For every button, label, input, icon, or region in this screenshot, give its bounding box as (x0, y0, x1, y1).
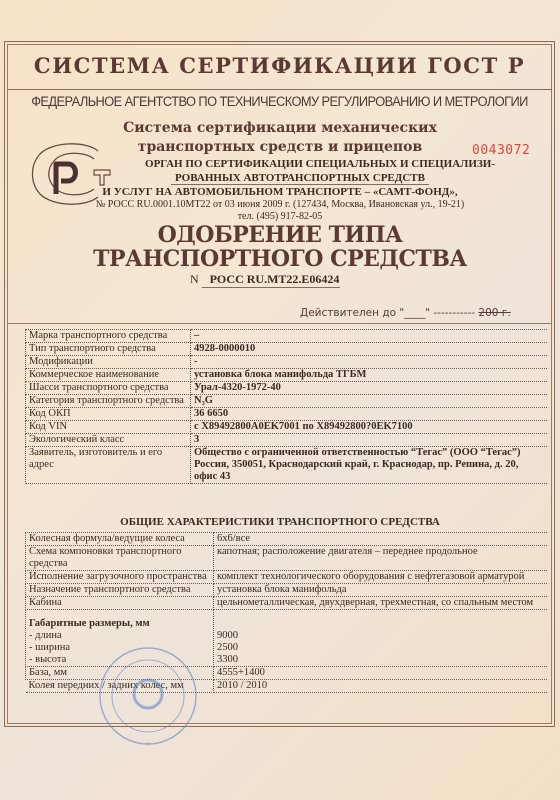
table-row: Заявитель, изготовитель и его адресОбщес… (26, 447, 548, 484)
vehicle-info-table: Марка транспортного средства–Тип транспо… (25, 329, 547, 484)
dimensions-title: Габаритные размеры, мм (29, 610, 210, 630)
table-row: Коммерческое наименованиеустановка блока… (26, 369, 548, 382)
dimension-value: 2500 (217, 642, 544, 654)
row-label: Колесная формула/ведущие колеса (26, 533, 214, 546)
row-value: комплект технологического оборудования с… (214, 571, 548, 584)
table-row: Исполнение загрузочного пространствакомп… (26, 571, 548, 584)
row-value: Урал-4320-1972-40 (191, 382, 548, 395)
table-row: Назначение транспортного средстваустанов… (26, 584, 548, 597)
table-row: Код VINс X89492800A0EK7001 по X89492800?… (26, 421, 548, 434)
document-title-line-1: ОДОБРЕНИЕ ТИПА (0, 222, 560, 248)
row-value: капотная; расположение двигателя – перед… (214, 546, 548, 571)
table-row: Тип транспортного средства4928-0000010 (26, 343, 548, 356)
table-row: Код ОКП36 6650 (26, 408, 548, 421)
registration-line: № РОСС RU.0001.10МТ22 от 03 июня 2009 г.… (0, 199, 560, 210)
row-value: 36 6650 (191, 408, 548, 421)
row-label: Коммерческое наименование (26, 369, 191, 382)
organ-line-1: ОРГАН ПО СЕРТИФИКАЦИИ СПЕЦИАЛЬНЫХ И СПЕЦ… (0, 158, 560, 170)
number-prefix: N (190, 272, 199, 286)
row-label: Назначение транспортного средства (26, 584, 214, 597)
row-label: Модификации (26, 356, 191, 369)
divider (7, 323, 552, 324)
table-row: Экологический класс3 (26, 434, 548, 447)
row-label: Исполнение загрузочного пространства (26, 571, 214, 584)
document-title-line-2: ТРАНСПОРТНОГО СРЕДСТВА (0, 246, 560, 272)
row-label: Тип транспортного средства (26, 343, 191, 356)
row-label: Заявитель, изготовитель и его адрес (26, 447, 191, 484)
table-row: Марка транспортного средства– (26, 330, 548, 343)
row-value: Общество с ограниченной ответственностью… (191, 447, 548, 484)
row-label: Шасси транспортного средства (26, 382, 191, 395)
serial-number: 0043072 (472, 143, 530, 158)
organ-line-2: РОВАННЫХ АВТОТРАНСПОРТНЫХ СРЕДСТВ (0, 172, 560, 184)
organ-line-3: И УСЛУГ НА АВТОМОБИЛЬНОМ ТРАНСПОРТЕ – «С… (0, 186, 560, 198)
table-row: Колесная формула/ведущие колеса6x6/все (26, 533, 548, 546)
row-value: N₃G (191, 395, 548, 408)
row-label: Марка транспортного средства (26, 330, 191, 343)
table-row: Шасси транспортного средстваУрал-4320-19… (26, 382, 548, 395)
row-value: установка блока манифольда ТГБМ (191, 369, 548, 382)
row-label: Кабина (26, 597, 214, 610)
row-value: с X89492800A0EK7001 по X89492800?0EK7100 (191, 421, 548, 434)
row-value: цельнометаллическая, двухдверная, трехме… (214, 597, 548, 610)
characteristics-title: ОБЩИЕ ХАРАКТЕРИСТИКИ ТРАНСПОРТНОГО СРЕДС… (0, 516, 560, 528)
row-label: Категория транспортного средства (26, 395, 191, 408)
row-value: установка блока манифольда (214, 584, 548, 597)
system-title: СИСТЕМА СЕРТИФИКАЦИИ ГОСТ Р (34, 53, 525, 78)
valid-until: Действителен до "____" ----------- 200 г… (300, 307, 511, 319)
row-value: – (191, 330, 548, 343)
number-value: РОСС RU.МТ22.Е06424 (202, 272, 340, 288)
row-value: 900025003300 (214, 610, 548, 667)
table-row: Схема компоновки транспортного средствак… (26, 546, 548, 571)
row-label: Схема компоновки транспортного средства (26, 546, 214, 571)
subsystem-line-1: Система сертификации механических (0, 120, 560, 136)
row-value: 4928-0000010 (191, 343, 548, 356)
row-label: Экологический класс (26, 434, 191, 447)
row-label: Код VIN (26, 421, 191, 434)
agency-name: ФЕДЕРАЛЬНОЕ АГЕНТСТВО ПО ТЕХНИЧЕСКОМУ РЕ… (21, 94, 539, 109)
system-title-band: СИСТЕМА СЕРТИФИКАЦИИ ГОСТ Р (7, 44, 552, 90)
phone-line: тел. (495) 917-82-05 (0, 211, 560, 222)
certificate-number: N РОСС RU.МТ22.Е06424 (190, 272, 340, 288)
dimension-value: 3300 (217, 654, 544, 666)
table-row: Категория транспортного средстваN₃G (26, 395, 548, 408)
row-value: 4555+1400 (214, 667, 548, 680)
table-row: Кабинацельнометаллическая, двухдверная, … (26, 597, 548, 610)
row-value: 6x6/все (214, 533, 548, 546)
row-value: 3 (191, 434, 548, 447)
row-value: - (191, 356, 548, 369)
table-row: Модификации- (26, 356, 548, 369)
dimension-value: 9000 (217, 630, 544, 642)
row-label: Код ОКП (26, 408, 191, 421)
row-value: 2010 / 2010 (214, 680, 548, 693)
blue-seal-stamp-icon (98, 636, 198, 756)
